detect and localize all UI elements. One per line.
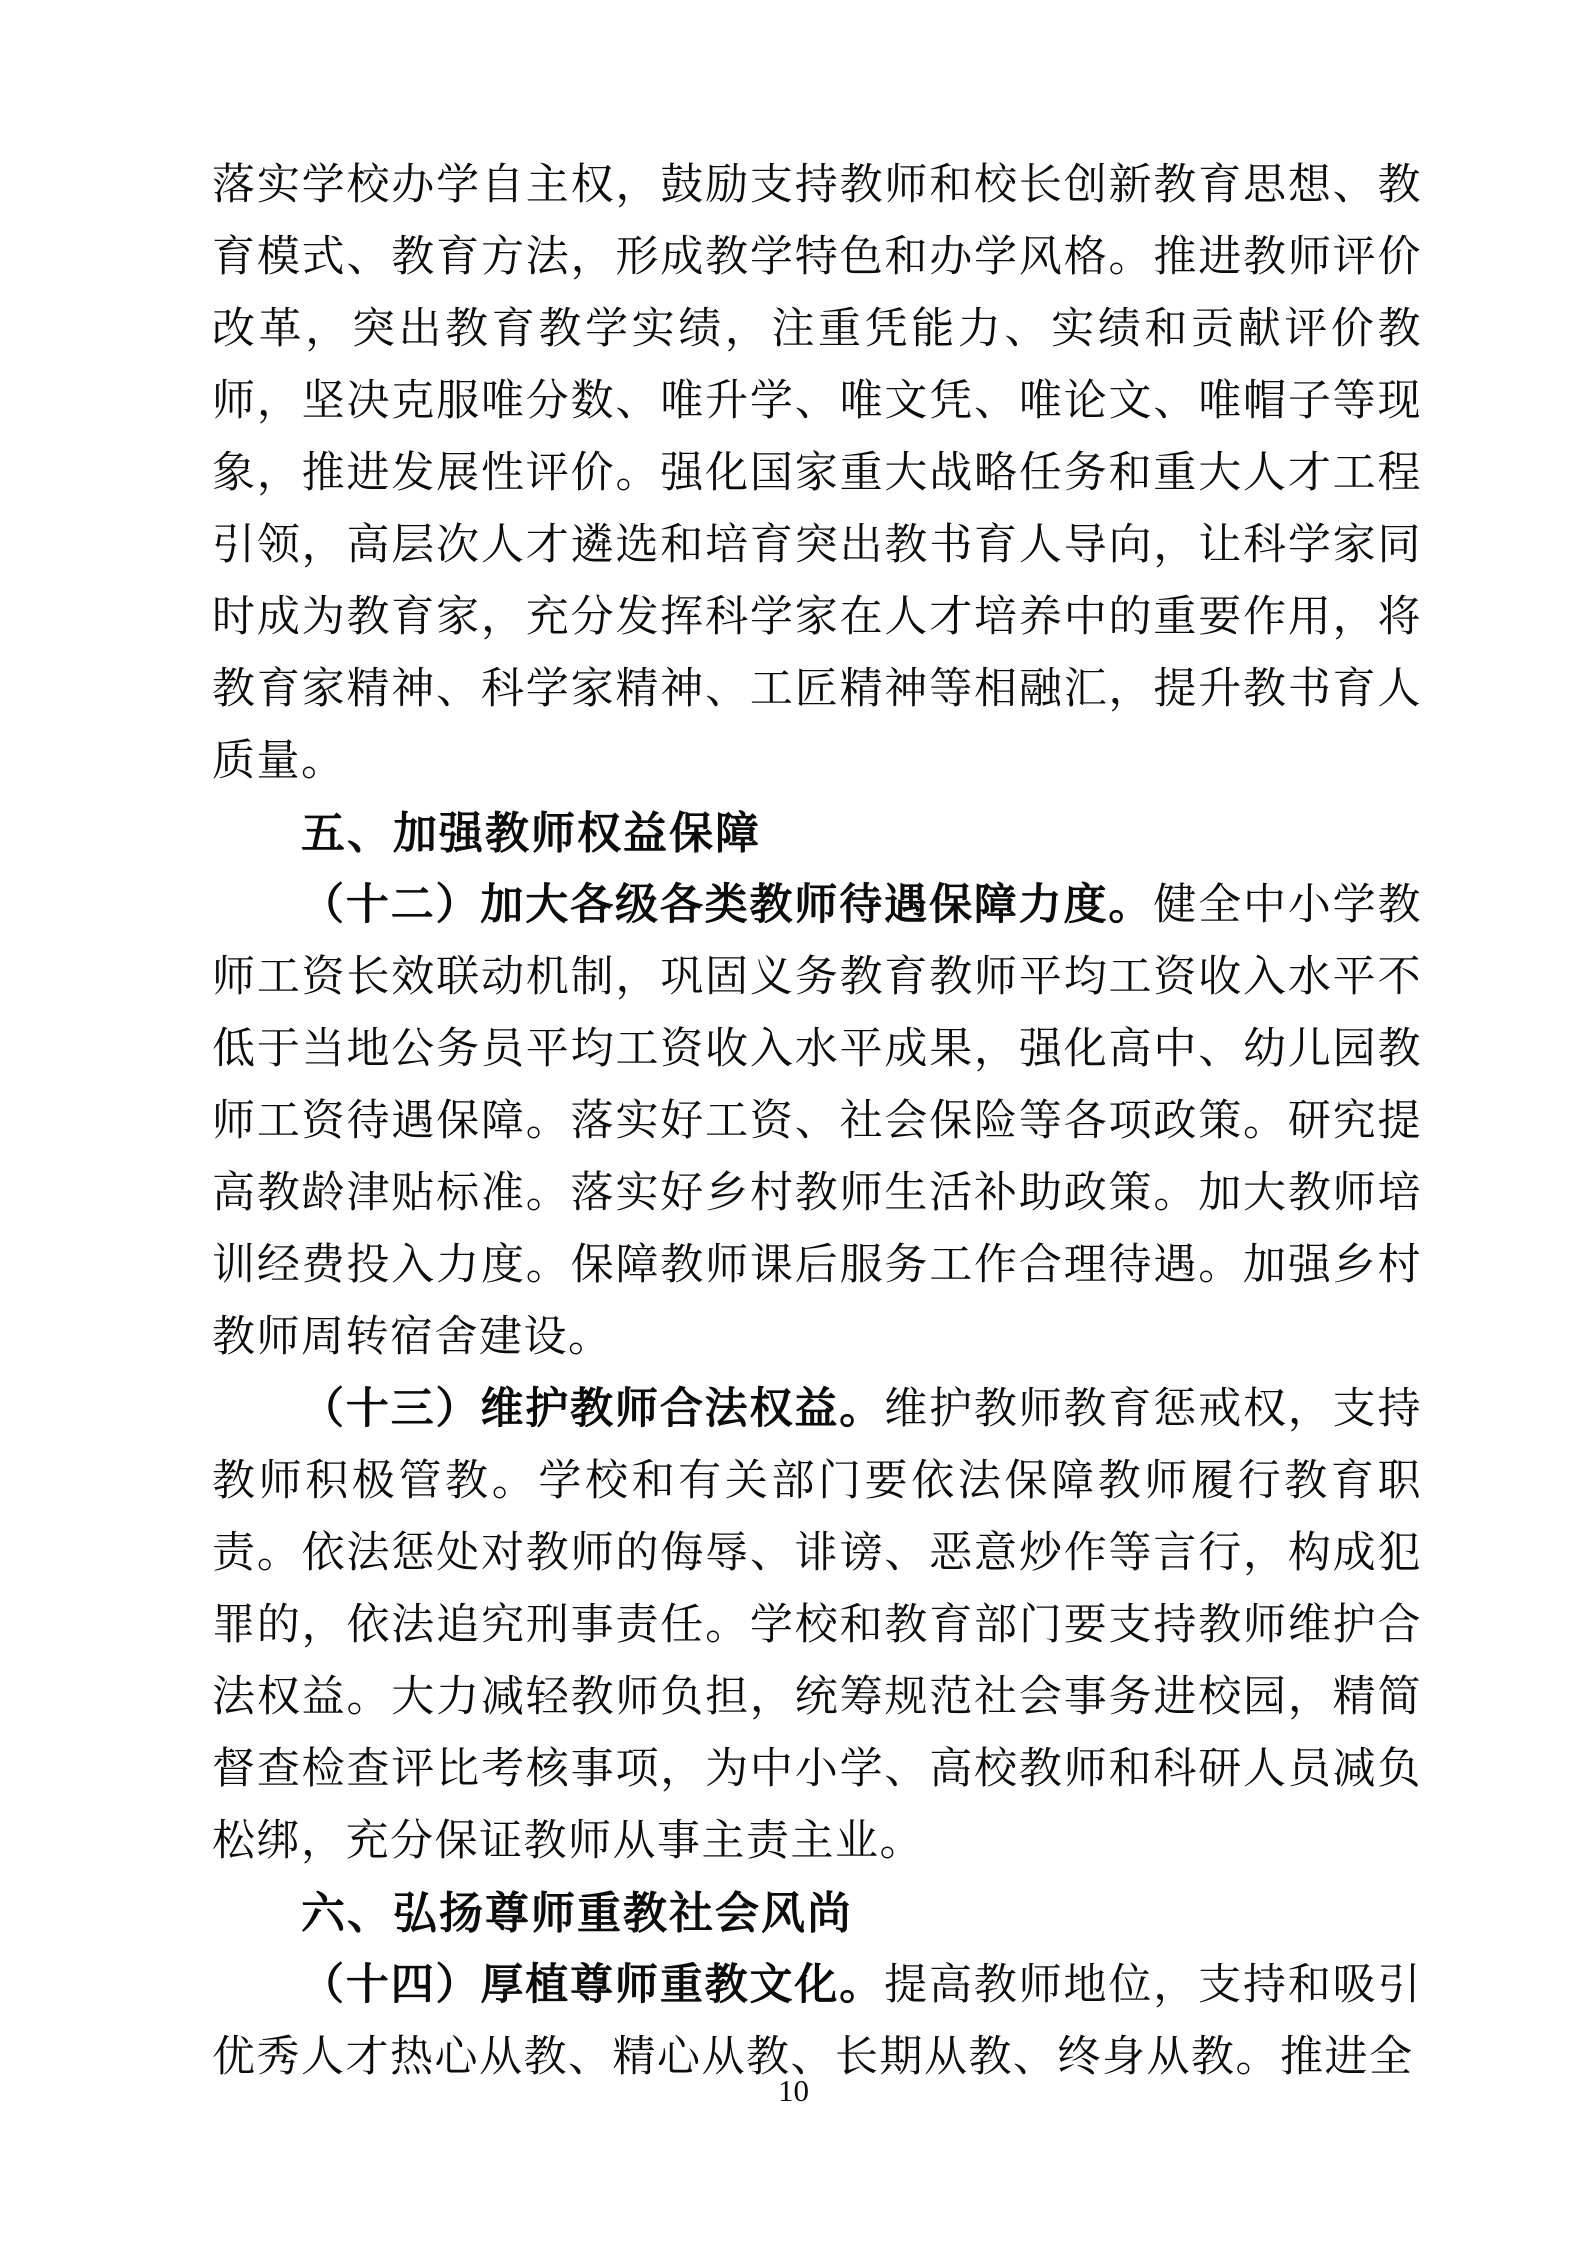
- document-page: 落实学校办学自主权，鼓励支持教师和校长创新教育思想、教育模式、教育方法，形成教学…: [0, 0, 1587, 2245]
- section-heading-five: 五、加强教师权益保障: [212, 798, 1422, 870]
- page-content: 落实学校办学自主权，鼓励支持教师和校长创新教育思想、教育模式、教育方法，形成教学…: [212, 150, 1422, 2094]
- paragraph-item-12: （十二）加大各级各类教师待遇保障力度。健全中小学教师工资长效联动机制，巩固义务教…: [212, 870, 1422, 1374]
- paragraph-item-13-lead: （十三）维护教师合法权益。: [301, 1386, 884, 1433]
- page-number: 10: [0, 2070, 1587, 2112]
- paragraph-item-13: （十三）维护教师合法权益。维护教师教育惩戒权，支持教师积极管教。学校和有关部门要…: [212, 1374, 1422, 1878]
- paragraph-item-12-text: 健全中小学教师工资长效联动机制，巩固义务教育教师平均工资收入水平不低于当地公务员…: [212, 882, 1422, 1361]
- section-heading-six: 六、弘扬尊师重教社会风尚: [212, 1878, 1422, 1950]
- paragraph-continued: 落实学校办学自主权，鼓励支持教师和校长创新教育思想、教育模式、教育方法，形成教学…: [212, 150, 1422, 798]
- paragraph-item-12-lead: （十二）加大各级各类教师待遇保障力度。: [301, 882, 1153, 929]
- paragraph-item-14-lead: （十四）厚植尊师重教文化。: [301, 1962, 884, 2009]
- paragraph-item-13-text: 维护教师教育惩戒权，支持教师积极管教。学校和有关部门要依法保障教师履行教育职责。…: [212, 1386, 1422, 1865]
